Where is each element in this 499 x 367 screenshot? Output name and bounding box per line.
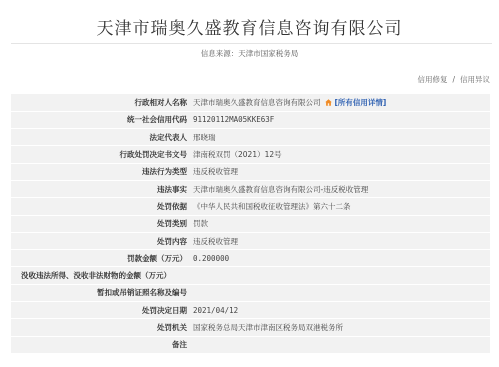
row-label: 处罚机关 xyxy=(11,319,193,336)
row-value xyxy=(193,336,490,353)
row-label: 暂扣或吊销证照名称及编号 xyxy=(11,284,193,301)
info-source: 信息来源：天津市国家税务局 xyxy=(0,48,499,59)
table-row: 处罚依据 《中华人民共和国税收征收管理法》第六十二条 xyxy=(11,198,490,215)
row-value: 2021/04/12 xyxy=(193,302,490,319)
all-credit-details-link[interactable]: [所有信用详情] xyxy=(335,98,387,107)
row-label: 法定代表人 xyxy=(11,129,193,146)
company-name: 天津市瑞奥久盛教育信息咨询有限公司 xyxy=(193,98,321,107)
row-label: 处罚决定日期 xyxy=(11,302,193,319)
row-value: 天津市瑞奥久盛教育信息咨询有限公司-违反税收管理 xyxy=(193,180,490,197)
table-row: 统一社会信用代码 91120112MA05KKE63F xyxy=(11,111,490,128)
table-row: 处罚决定日期 2021/04/12 xyxy=(11,302,490,319)
row-value: 0.200000 xyxy=(193,250,490,267)
info-source-value: 天津市国家税务局 xyxy=(238,49,298,58)
row-label: 处罚依据 xyxy=(11,198,193,215)
table-row: 违法行为类型 违反税收管理 xyxy=(11,163,490,180)
row-value xyxy=(193,284,490,301)
table-row: 暂扣或吊销证照名称及编号 xyxy=(11,284,490,301)
row-value: 《中华人民共和国税收征收管理法》第六十二条 xyxy=(193,198,490,215)
row-label: 行政处罚决定书文号 xyxy=(11,146,193,163)
credit-objection-link[interactable]: 信用异议 xyxy=(460,75,490,84)
row-label: 备注 xyxy=(11,336,193,353)
row-label: 罚款金额（万元） xyxy=(11,250,193,267)
table-row: 没收违法所得、没收非法财物的金额（万元） xyxy=(11,267,490,284)
penalty-info-table: 行政相对人名称 天津市瑞奥久盛教育信息咨询有限公司[所有信用详情] 统一社会信用… xyxy=(11,94,490,354)
row-label: 违法事实 xyxy=(11,180,193,197)
info-source-label: 信息来源： xyxy=(201,49,239,58)
table-row: 处罚机关 国家税务总局天津市津南区税务局双港税务所 xyxy=(11,319,490,336)
credit-links: 信用修复/信用异议 xyxy=(417,74,490,85)
row-label: 处罚内容 xyxy=(11,232,193,249)
row-label: 统一社会信用代码 xyxy=(11,111,193,128)
table-row: 法定代表人 邢晓瑞 xyxy=(11,129,490,146)
home-icon xyxy=(325,99,332,106)
table-row: 违法事实 天津市瑞奥久盛教育信息咨询有限公司-违反税收管理 xyxy=(11,180,490,197)
table-row: 备注 xyxy=(11,336,490,353)
row-value: 津南税双罚（2021）12号 xyxy=(193,146,490,163)
page-title: 天津市瑞奥久盛教育信息咨询有限公司 xyxy=(0,14,499,39)
table-row: 行政处罚决定书文号 津南税双罚（2021）12号 xyxy=(11,146,490,163)
table-row: 处罚类别 罚款 xyxy=(11,215,490,232)
row-label: 没收违法所得、没收非法财物的金额（万元） xyxy=(11,267,490,284)
row-value: 罚款 xyxy=(193,215,490,232)
row-label: 行政相对人名称 xyxy=(11,94,193,111)
title-divider xyxy=(11,43,492,44)
table-row: 处罚内容 违反税收管理 xyxy=(11,232,490,249)
credit-repair-link[interactable]: 信用修复 xyxy=(417,75,447,84)
link-separator: / xyxy=(452,75,455,84)
row-value: 91120112MA05KKE63F xyxy=(193,111,490,128)
table-row: 行政相对人名称 天津市瑞奥久盛教育信息咨询有限公司[所有信用详情] xyxy=(11,94,490,111)
row-label: 处罚类别 xyxy=(11,215,193,232)
row-value: 违反税收管理 xyxy=(193,163,490,180)
row-value: 国家税务总局天津市津南区税务局双港税务所 xyxy=(193,319,490,336)
row-value: 天津市瑞奥久盛教育信息咨询有限公司[所有信用详情] xyxy=(193,94,490,111)
table-row: 罚款金额（万元） 0.200000 xyxy=(11,250,490,267)
row-value: 邢晓瑞 xyxy=(193,129,490,146)
row-value: 违反税收管理 xyxy=(193,232,490,249)
row-label: 违法行为类型 xyxy=(11,163,193,180)
